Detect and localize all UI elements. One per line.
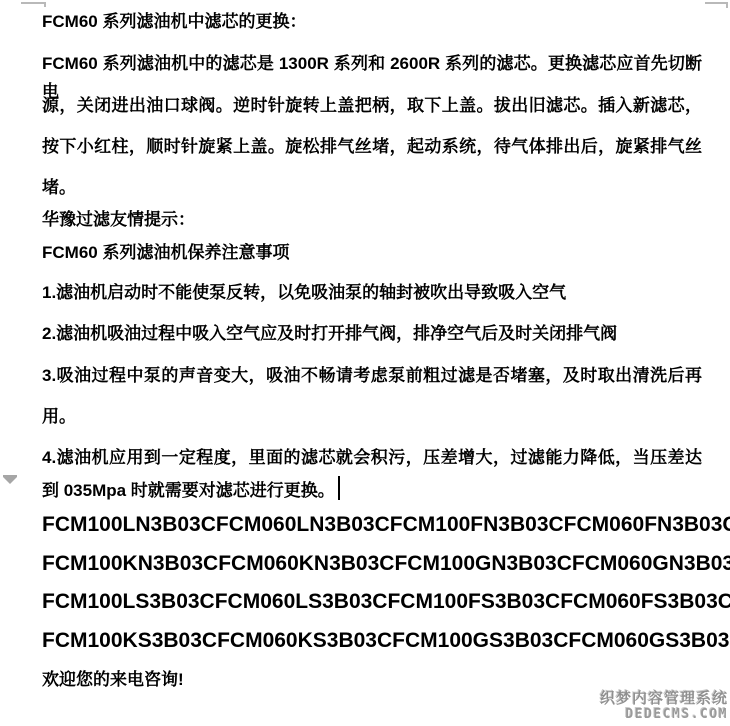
model-code: FCM060GS3B03C	[568, 628, 730, 654]
watermark-chinese-text: 织梦内容管理系统	[600, 690, 728, 707]
left-margin-marker-icon	[3, 477, 17, 484]
doc-line: 堵。	[42, 174, 702, 202]
watermark-domain-text: DEDECMS.COM	[600, 707, 728, 723]
doc-line: 源，关闭进出油口球阀。逆时针旋转上盖把柄，取下上盖。拔出旧滤芯。插入新滤芯，	[42, 92, 702, 120]
document-body[interactable]: FCM60 系列滤油机中滤芯的更换： FCM60 系列滤油机中的滤芯是 1300…	[42, 0, 702, 726]
model-code: FCM100LN3B03C	[42, 512, 216, 538]
model-code: FCM060GN3B03C	[572, 551, 730, 577]
model-code: FCM100FN3B03C	[390, 512, 564, 538]
model-code: FCM100GN3B03C	[394, 551, 571, 577]
model-code: FCM100KS3B03C	[42, 628, 217, 654]
model-code: FCM100GS3B03C	[392, 628, 568, 654]
model-code: FCM060FN3B03C	[564, 512, 730, 538]
model-codes-row-1: FCM100LN3B03C FCM060LN3B03C FCM100FN3B03…	[42, 512, 690, 538]
doc-line: 按下小红柱，顺时针旋紧上盖。旋松排气丝堵，起动系统，待气体排出后，旋紧排气丝	[42, 133, 702, 161]
doc-line-with-cursor: 到 035Mpa 时就需要对滤芯进行更换。	[42, 476, 702, 505]
list-item-1: 1.滤油机启动时不能使泵反转，以免吸油泵的轴封被吹出导致吸入空气	[42, 279, 702, 307]
model-codes-row-2: FCM100KN3B03C FCM060KN3B03C FCM100GN3B03…	[42, 551, 690, 577]
model-codes-row-3: FCM100LS3B03C FCM060LS3B03C FCM100FS3B03…	[42, 589, 690, 615]
model-code: FCM100KN3B03C	[42, 551, 218, 577]
text-cursor	[338, 476, 340, 500]
list-item-2: 2.滤油机吸油过程中吸入空气应及时打开排气阀，排净空气后及时关闭排气阀	[42, 320, 702, 348]
model-code: FCM060LS3B03C	[215, 589, 388, 615]
model-code: FCM060KN3B03C	[218, 551, 394, 577]
margin-crop-mark-top-right-tick	[726, 2, 728, 8]
list-item-3: 3.吸油过程中泵的声音变大，吸油不畅请考虑泵前粗过滤是否堵塞，及时取出清洗后再	[42, 362, 702, 390]
model-code: FCM100FS3B03C	[387, 589, 560, 615]
tips-heading: 华豫过滤友情提示：	[42, 206, 702, 234]
model-code: FCM060LN3B03C	[216, 512, 390, 538]
margin-crop-mark-top-right	[705, 2, 728, 4]
model-code: FCM100LS3B03C	[42, 589, 215, 615]
doc-line-text: 到 035Mpa 时就需要对滤芯进行更换。	[42, 481, 335, 500]
model-codes-row-4: FCM100KS3B03C FCM060KS3B03C FCM100GS3B03…	[42, 628, 690, 654]
model-code: FCM060KS3B03C	[217, 628, 392, 654]
doc-line: 用。	[42, 403, 702, 431]
dedecms-watermark: 织梦内容管理系统 DEDECMS.COM	[600, 690, 728, 723]
model-code: FCM060FS3B03C	[560, 589, 730, 615]
maint-heading: FCM60 系列滤油机保养注意事项	[42, 239, 702, 267]
document-page: FCM60 系列滤油机中滤芯的更换： FCM60 系列滤油机中的滤芯是 1300…	[0, 0, 730, 726]
doc-heading: FCM60 系列滤油机中滤芯的更换：	[42, 8, 702, 36]
list-item-4: 4.滤油机应用到一定程度，里面的滤芯就会积污，压差增大，过滤能力降低，当压差达	[42, 444, 702, 472]
